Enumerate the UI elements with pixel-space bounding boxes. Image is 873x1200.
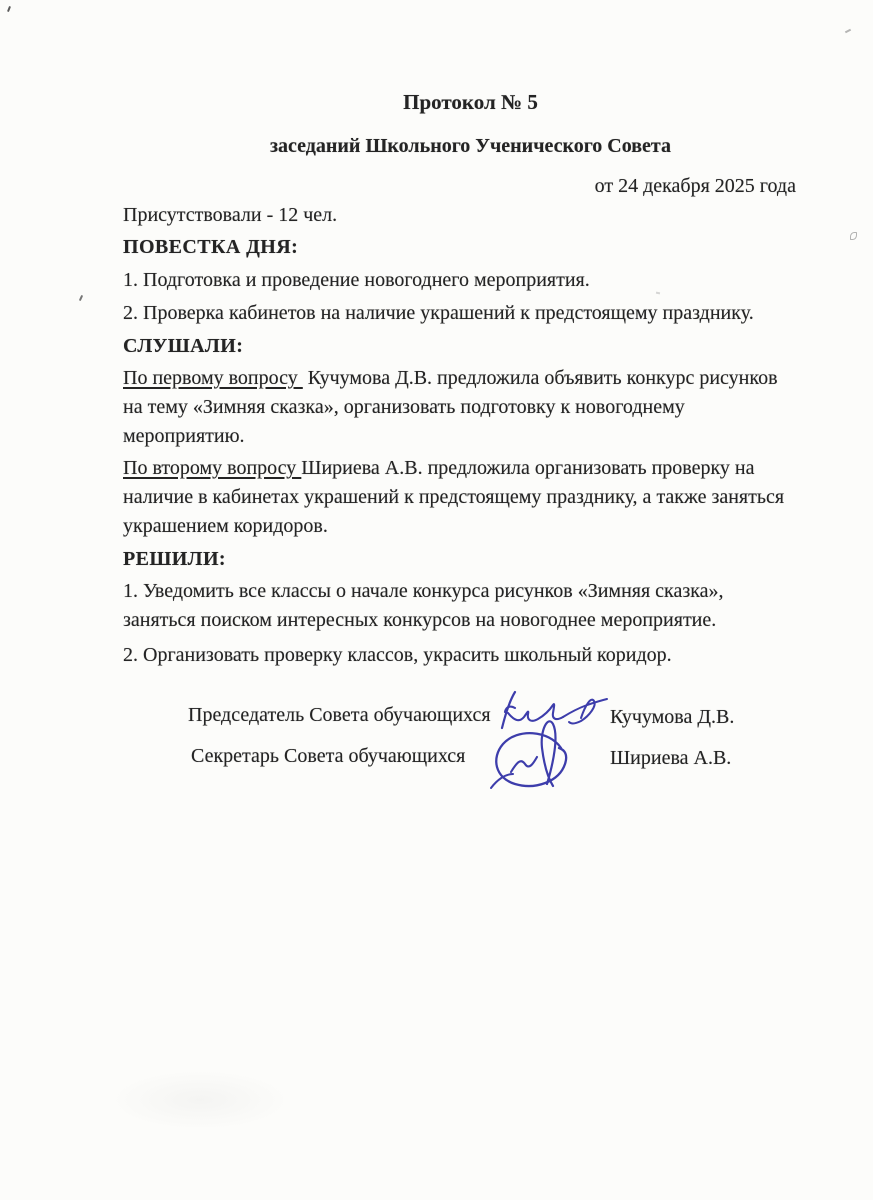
handwritten-signature-secretary (487, 716, 591, 806)
agenda-item-2: 2. Проверка кабинетов на наличие украшен… (123, 298, 818, 328)
heard-paragraph-1-lead: По первому вопросу (123, 367, 303, 389)
heard-heading: СЛУШАЛИ: (123, 331, 818, 361)
scan-speck (7, 6, 11, 12)
document-date: от 24 декабря 2025 года (123, 172, 818, 200)
heard-paragraph-2-lead: По второму вопросу (123, 457, 301, 479)
document-body: Протокол № 5 заседаний Школьного Учениче… (123, 88, 818, 840)
signature-role-chairman: Председатель Совета обучающихся (188, 704, 491, 727)
resolved-heading: РЕШИЛИ: (123, 544, 818, 574)
signature-role-secretary: Секретарь Совета обучающихся (191, 745, 465, 768)
scan-speck (850, 232, 857, 240)
signature-name-chairman: Кучумова Д.В. (610, 706, 734, 729)
heard-paragraph-1: По первому вопросу Кучумова Д.В. предлож… (123, 364, 818, 451)
agenda-heading: ПОВЕСТКА ДНЯ: (123, 232, 818, 262)
heard-paragraph-2: По второму вопросу Шириева А.В. предложи… (123, 454, 818, 541)
scanned-document-page: Протокол № 5 заседаний Школьного Учениче… (0, 0, 873, 1200)
resolved-item-1: 1. Уведомить все классы о начале конкурс… (123, 577, 818, 635)
signature-block: Председатель Совета обучающихся Кучумова… (123, 690, 818, 840)
scan-speck (656, 292, 660, 295)
attendees-line: Присутствовали - 12 чел. (123, 200, 818, 230)
scan-speck (845, 29, 851, 34)
scan-speck (79, 295, 83, 301)
document-title: Протокол № 5 (123, 88, 818, 116)
signature-name-secretary: Шириева А.В. (610, 747, 731, 770)
resolved-item-2: 2. Организовать проверку классов, украси… (123, 641, 818, 670)
scan-smudge (110, 1070, 290, 1130)
agenda-item-1: 1. Подготовка и проведение новогоднего м… (123, 265, 818, 295)
document-subtitle: заседаний Школьного Ученического Совета (123, 132, 818, 160)
